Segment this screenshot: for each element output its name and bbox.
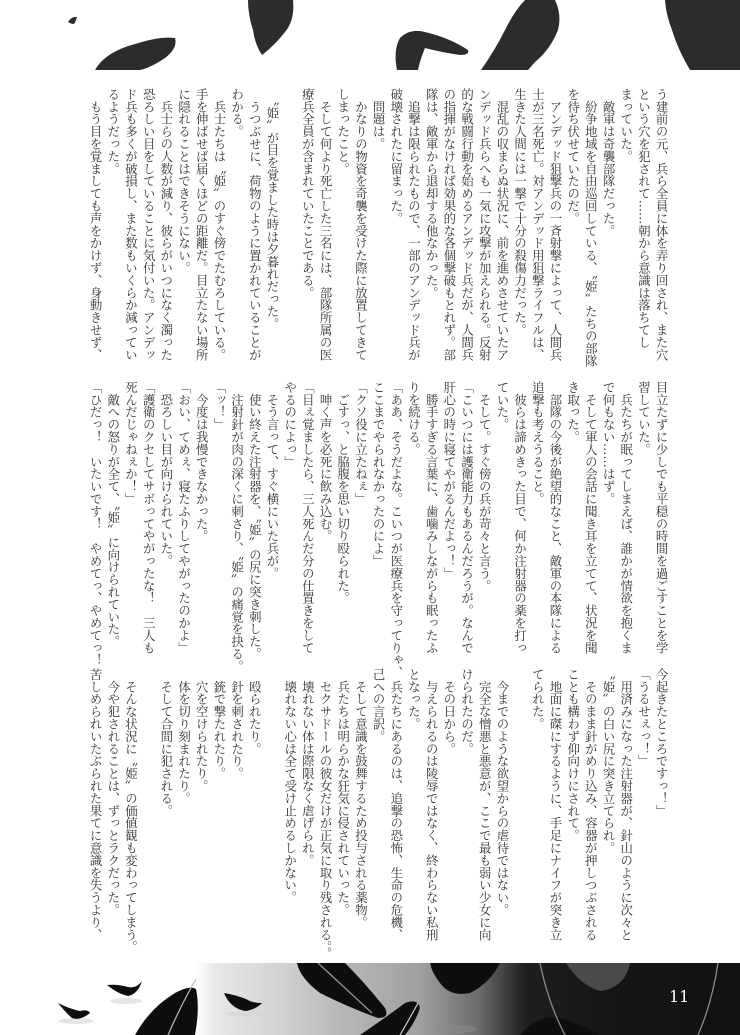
text-band-bottom: 今起きたところですっ！」 「うるせぇっ！」 用済みになった注射器が、針山のように… [86,668,670,944]
text-line: き取った。 [564,381,582,657]
text-line: 隊は、敵軍から退却する他なかった。 [422,88,440,364]
text-line: まっていた。 [617,88,635,364]
text-line: その日から。 [440,668,458,944]
feather-icon [396,31,469,70]
text-line: 「うるせぇっ！」 [635,668,653,944]
text-band-middle: 目立たずに少しでも平穏の時間を過ごすことを学 習していた。 兵たちが眠ってしまえ… [86,381,670,657]
text-line: 目立たずに少しでも平穏の時間を過ごすことを学 [652,381,670,657]
text-line: そして何より死亡した三名には、部隊所属の医 [316,88,334,364]
text-line: 壊れない体は際限なく虐げられ。 [299,668,317,944]
text-line: 注射針が肉の深くに刺さり、〝姫〟の痛覚を抉る。 [228,381,246,657]
small-feather-icon [68,17,77,24]
text-line: 兵たちにあるのは、追撃の恐怖、生命の危機、 [387,668,405,944]
feather-icon [481,0,559,70]
feather-icon [135,988,198,1035]
text-line: そんな状況に〝姫〟の価値観も変わってしまう。 [122,668,140,944]
text-line: うつぶせに、荷物のように置かれていることが [246,88,264,364]
text-line: てられた。 [529,668,547,944]
text-line: けられたのだ。 [458,668,476,944]
text-line: そのまま針がめり込み、容器が押しつぶされる [582,668,600,944]
text-line: 的な戦闘行動を始めるアンデッド兵だが、人間兵 [458,88,476,364]
text-line: に隠れることはできそうにない。 [175,88,193,364]
text-band-top: う建前の元、兵ら全員に体を弄り回され、また穴 という穴を犯されて……朝から意識は… [86,88,670,364]
text-line: 兵士らの人数が減り、彼らがいつになく濁った [157,88,175,364]
text-line: 今や犯されることは、ずっとラクだった。 [104,668,122,944]
blank-line [511,668,529,944]
text-line: 針を刺されたり。 [228,668,246,944]
blank-line [281,88,299,364]
blank-line [263,668,281,944]
text-line: りを続ける。 [405,381,423,657]
text-line: 療兵全員が含まれていたことである。 [299,88,317,364]
text-line: 地面に磔にするように、手足にナイフが突き立 [546,668,564,944]
feather-header-icon [0,0,740,70]
text-line: 「こいつには護衛能力もあるんだろうが。なんで [458,381,476,657]
text-line: 今起きたところですっ！」 [652,668,670,944]
text-line: 穴を空けられたり。 [193,668,211,944]
text-line: ごすっ、と脇腹を思い切り殴られた。 [334,381,352,657]
text-line: の指揮がなければ効果的な各個撃破もとれず。部 [440,88,458,364]
text-line: 呻く声を必死に飲み込む。 [316,381,334,657]
text-line: そう言って、すぐ横にいた兵が。 [263,381,281,657]
text-line: そして軍人の会話に聞き耳を立てて、状況を聞 [582,381,600,657]
text-line: 〝姫〟が目を覚ました時は夕暮れだった。 [263,88,281,364]
text-line: ンデッド兵らへも一気に攻撃が加えられる。反射 [476,88,494,364]
text-line: で何もない……はず。 [599,381,617,657]
text-line: 体を切り刻まれたり。 [175,668,193,944]
text-line: 己への言訳。 [369,668,387,944]
text-line: 恐ろしい目をしていることに気付いた。アンデッ [139,88,157,364]
text-line: 「ああ、そうだよな。こいつが医療兵を守ってりゃ、 [387,381,405,657]
feather-icon [248,0,293,55]
text-line: 紛争地域を自由巡回している、〝姫〟たちの部隊 [582,88,600,364]
text-line: 部隊の今後が絶望的なこと、敵軍の本隊による [546,381,564,657]
text-line: 銃で撃たれたり。 [210,668,228,944]
text-line: そして意識を鼓舞するため投与される薬物。 [352,668,370,944]
text-line: ド兵も多くが破損し、また数もいくらか減ってい [122,88,140,364]
text-line: 苦しめられいたぶられた果てに意識を失うより、 [86,668,104,944]
text-line: かなりの物資を奇襲を受けた際に放置してきて [352,88,370,364]
text-line: 肝心の時に寝てやがるんだよっ！」 [440,381,458,657]
text-line: 混乱の収まらぬ状況に、前を進めさせていたア [493,88,511,364]
text-line: ことも構わず仰向けにされて。 [564,668,582,944]
text-line: しまったこと。 [334,88,352,364]
text-line: 今までのような欲望からの虐待ではない。 [493,668,511,944]
text-line: セクサドールの彼女だけが正気に取り残される。。 [316,668,334,944]
feather-icon [58,1003,90,1019]
feather-icon [224,993,262,1011]
text-line: ここまでやられなかったのによ」 [369,381,387,657]
text-line: 〝姫〟の白い尻に突き立てられ。 [599,668,617,944]
text-line: 兵たちは明らかな狂気に侵されていった。 [334,668,352,944]
text-line: 今度は我慢できなかった。 [193,381,211,657]
text-line: を待ち伏せていたのだ。 [564,88,582,364]
text-line: 追撃は限られたもので、一部のアンデッド兵が [405,88,423,364]
text-line: そして。すぐ傍の兵が苛々と言う。 [476,381,494,657]
text-line: 勝手すぎる言葉に、歯噛みしながらも眠ったふ [422,381,440,657]
text-line: となった。 [405,668,423,944]
text-line: 習していた。 [635,381,653,657]
text-line: 用済みになった注射器が、針山のように次々と [617,668,635,944]
text-line: 恐ろしい目が向けられていた。 [157,381,175,657]
blank-line [139,668,157,944]
text-line: 完全な憎悪と悪意が、ここで最も弱い少女に向 [476,668,494,944]
text-line: 追撃も考えうること。 [529,381,547,657]
feather-icon [95,38,176,70]
text-line: 兵士たちは〝姫〟のすぐ傍でたむろしている。 [210,88,228,364]
text-line: やるのによっ」 [281,381,299,657]
text-line: 「護衛のクセしてサボってやがったな！ 三人も [139,381,157,657]
text-line: 敵軍は奇襲部隊だった。 [599,88,617,364]
text-line: 兵たちが眠ってしまえば、誰かが情欲を抱くま [617,381,635,657]
text-line: 敵への怒りが全て、〝姫〟に向けられていた。 [104,381,122,657]
text-line: 問題は。 [369,88,387,364]
text-line: う建前の元、兵ら全員に体を弄り回され、また穴 [652,88,670,364]
text-line: 死んだじゃねぇか！」 [122,381,140,657]
text-line: という穴を犯されて……朝から意識は落ちてし [635,88,653,364]
text-line: わかる。 [228,88,246,364]
text-line: 生きた人間には一撃で十分の殺傷力だった。 [511,88,529,364]
text-line: そして合間に犯される。 [157,668,175,944]
text-line: るようだった。 [104,88,122,364]
text-line: 「ッ！」 [210,381,228,657]
text-line: もう目を覚ましても声をかけず、身動きせず、 [86,88,104,364]
feather-icon [430,963,500,994]
feather-icon [297,963,386,1018]
text-line: 破壊されたに留まった。 [387,88,405,364]
text-line: 「クソ役に立たねぇ」 [352,381,370,657]
text-line: 使い終えた注射器を、〝姫〟の尻に突き刺した。 [246,381,264,657]
text-line: ていた。 [493,381,511,657]
text-line: 「おい、てめぇ、寝たふりしてやがったのかよ」 [175,381,193,657]
text-line: 士が三名死亡。対アンデッド用狙撃ライフルは、 [529,88,547,364]
text-line: 壊れない心は全て受け止めるしかない。 [281,668,299,944]
page-number: 11 [669,987,689,1006]
text-line: 殴られたり。 [246,668,264,944]
feather-icon [107,981,142,996]
text-line: 彼らは諦めきった目で、何か注射器の薬を打っ [511,381,529,657]
text-line: 「目ぇ覚ましたら、三人死んだ分の仕置きをして [299,381,317,657]
text-line: 「ひだっ！ いたいです！ やめてっ、やめてっ！ [86,381,104,657]
text-line: 手を伸ばせば届くほどの距離だ。目立たない場所 [193,88,211,364]
text-line: 与えられるのは陵辱ではなく、終わらない私刑 [422,668,440,944]
text-line: アンデッド狙撃兵の一斉射撃によって、人間兵 [546,88,564,364]
feather-footer-icon [0,963,740,1035]
feather-icon [665,0,740,70]
